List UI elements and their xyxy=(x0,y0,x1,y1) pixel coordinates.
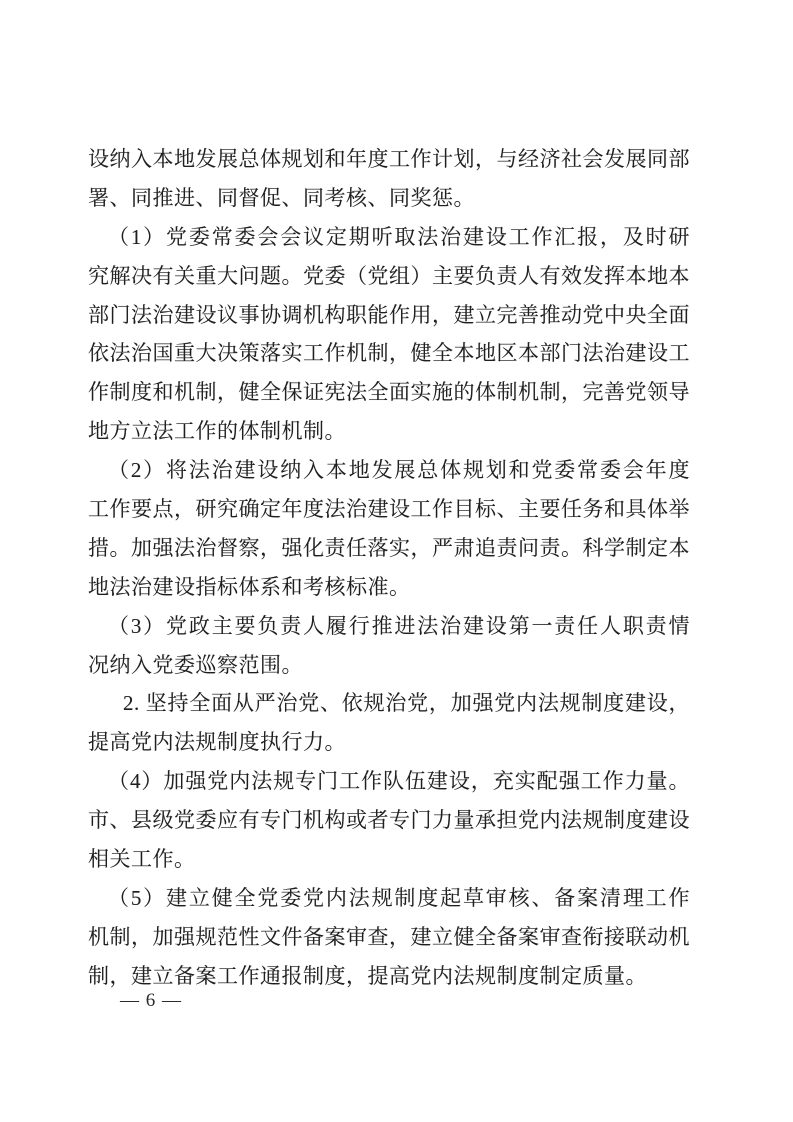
text-line: 措。加强法治督察，强化责任落实，严肃追责问责。科学制定本 xyxy=(88,529,690,568)
text-line: （3）党政主要负责人履行推进法治建设第一责任人职责情 xyxy=(88,607,690,646)
text-line: （2）将法治建设纳入本地发展总体规划和党委常委会年度 xyxy=(88,451,690,490)
text-line: 地方立法工作的体制机制。 xyxy=(88,412,690,451)
text-line: 部门法治建设议事协调机构职能作用，建立完善推动党中央全面 xyxy=(88,296,690,335)
text-line: 依法治国重大决策落实工作机制，健全本地区本部门法治建设工 xyxy=(88,334,690,373)
text-line: 机制，加强规范性文件备案审查，建立健全备案审查衔接联动机 xyxy=(88,918,690,957)
document-page: 设纳入本地发展总体规划和年度工作计划，与经济社会发展同部 署、同推进、同督促、同… xyxy=(0,0,793,1122)
text-line: 工作要点，研究确定年度法治建设工作目标、主要任务和具体举 xyxy=(88,490,690,529)
text-line: 究解决有关重大问题。党委（党组）主要负责人有效发挥本地本 xyxy=(88,257,690,296)
text-line: 况纳入党委巡察范围。 xyxy=(88,646,690,685)
text-line: 市、县级党委应有专门机构或者专门力量承担党内法规制度建设 xyxy=(88,801,690,840)
text-line: （4）加强党内法规专门工作队伍建设，充实配强工作力量。 xyxy=(88,762,690,801)
text-line: 相关工作。 xyxy=(88,840,690,879)
text-line: 署、同推进、同督促、同考核、同奖惩。 xyxy=(88,179,690,218)
text-line: 2. 坚持全面从严治党、依规治党，加强党内法规制度建设， xyxy=(88,684,690,723)
page-number: — 6 — xyxy=(120,990,182,1012)
text-line: 地法治建设指标体系和考核标准。 xyxy=(88,568,690,607)
text-line: 设纳入本地发展总体规划和年度工作计划，与经济社会发展同部 xyxy=(88,140,690,179)
document-body: 设纳入本地发展总体规划和年度工作计划，与经济社会发展同部 署、同推进、同督促、同… xyxy=(88,140,690,996)
text-line: 作制度和机制，健全保证宪法全面实施的体制机制，完善党领导 xyxy=(88,373,690,412)
text-line: （5）建立健全党委党内法规制度起草审核、备案清理工作 xyxy=(88,879,690,918)
text-line: 提高党内法规制度执行力。 xyxy=(88,723,690,762)
text-line: （1）党委常委会会议定期听取法治建设工作汇报，及时研 xyxy=(88,218,690,257)
